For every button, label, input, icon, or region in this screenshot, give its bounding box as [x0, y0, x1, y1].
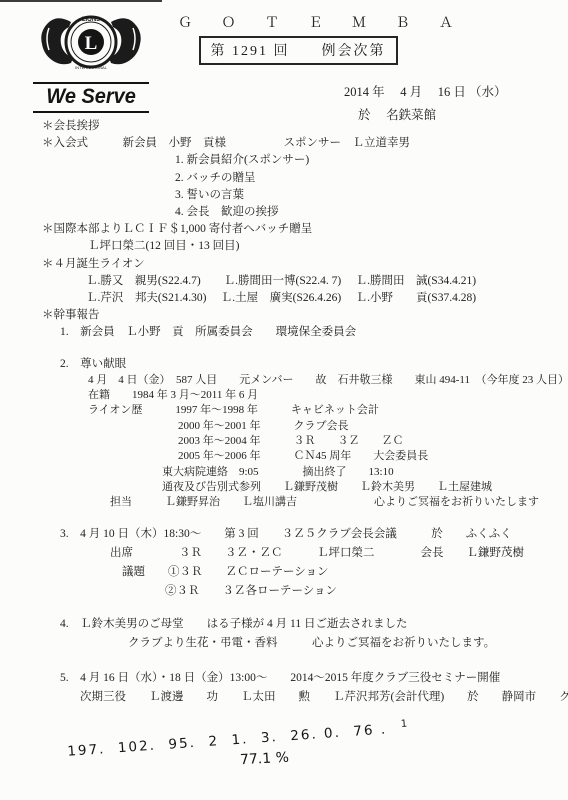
scanned-agenda-page: LIONS INTERNATIONAL L We Serve Ｇ Ｏ Ｔ Ｅ Ｍ…	[0, 0, 568, 800]
agenda-line: 5. 4 月 16 日（水）・18 日（金）13:00～ 2014～2015 年…	[0, 669, 568, 688]
agenda-line: 2005 年～2006 年 ＣＮ45 周年 大会委員長	[0, 449, 568, 464]
agenda-line: ＊４月誕生ライオン	[0, 256, 568, 273]
agenda-line: 東大病院連絡 9:05 摘出終了 13:10	[0, 465, 568, 480]
handwritten-numbers: 197. 102. 95. 2 1. 3. 26. 0. 76 .1	[41, 703, 410, 778]
agenda-line: 2. バッチの贈呈	[0, 170, 568, 187]
handwritten-number-sequence: 197. 102. 95. 2 1. 3. 26. 0. 76 .	[67, 721, 388, 759]
agenda-line: Ｌ.芹沢 邦夫(S21.4.30) Ｌ.土屋 廣実(S26.4.26) Ｌ.小野…	[0, 290, 568, 307]
logo-bottom-text: INTERNATIONAL	[75, 65, 107, 70]
motto-text: We Serve	[46, 85, 135, 109]
lions-emblem-icon: LIONS INTERNATIONAL L	[35, 8, 147, 80]
meeting-date: 2014 年 4 月 16 日 （水）	[344, 82, 507, 100]
lions-club-logo: LIONS INTERNATIONAL L We Serve	[33, 8, 149, 113]
agenda-line: 2000 年～2001 年 クラブ会長	[0, 419, 568, 434]
handwritten-superscript: 1	[386, 719, 407, 731]
agenda-line: 在籍 1984 年 3 月～2011 年 6 月	[0, 388, 568, 403]
logo-center-letter: L	[85, 33, 98, 54]
agenda-line: クラブより生花・弔電・香料 心よりご冥福をお祈りいたします。	[0, 634, 568, 653]
scan-artifact-line	[0, 0, 162, 2]
agenda-line: 1. 新会員紹介(スポンサー)	[0, 152, 568, 169]
agenda-line: ＊会長挨拶	[0, 118, 568, 135]
agenda-line: Ｌ坪口榮二(12 回目・13 回目)	[0, 238, 568, 255]
club-name: Ｇ Ｏ Ｔ Ｅ Ｍ Ｂ Ａ	[168, 12, 428, 32]
agenda-line: 1. 新会員 Ｌ小野 貢 所属委員会 環境保全委員会	[0, 324, 568, 341]
date-venue-block: 2014 年 4 月 16 日 （水） 於 名鉄菜館	[344, 82, 507, 123]
agenda-line: 3. 4 月 10 日（木）18:30～ 第 3 回 ３Ｚ５クラブ会長会議 於 …	[0, 525, 568, 544]
agenda-line: 4. Ｌ鈴木美男のご母堂 はる子様が 4 月 11 日ご逝去されました	[0, 615, 568, 634]
agenda-line: ＊入会式 新会員 小野 貢様 スポンサー Ｌ立道幸男	[0, 135, 568, 152]
agenda-line: ＊国際本部よりＬＣＩＦ＄1,000 寄付者へバッチ贈呈	[0, 221, 568, 238]
agenda-line: ライオン歴 1997 年～1998 年 キャビネット会計	[0, 403, 568, 418]
agenda-line: Ｌ.勝又 親男(S22.4.7) Ｌ.勝間田一博(S22.4. 7) Ｌ.勝間田…	[0, 273, 568, 290]
agenda-line: 4. 会長 歓迎の挨拶	[0, 204, 568, 221]
handwritten-percentage: 77.1 %	[240, 750, 290, 769]
agenda-line: ＊幹事報告	[0, 307, 568, 324]
agenda-body: ＊会長挨拶 ＊入会式 新会員 小野 貢様 スポンサー Ｌ立道幸男 1. 新会員紹…	[0, 118, 568, 707]
page-title: 第 1291 回 例会次第	[199, 36, 398, 65]
agenda-line: ②３Ｒ ３Ｚ各ローテーション	[0, 582, 568, 601]
agenda-line: 通夜及び告別式参列 Ｌ鎌野茂樹 Ｌ鈴木美男 Ｌ土屋建城	[0, 480, 568, 495]
agenda-line: 担当 Ｌ鎌野昇治 Ｌ塩川講吉 心よりご冥福をお祈りいたします	[0, 495, 568, 510]
agenda-line: 次期三役 Ｌ渡邊 功 Ｌ太田 勲 Ｌ芹沢邦芳(会計代理) 於 静岡市 グランシッ…	[0, 688, 568, 707]
document-header: Ｇ Ｏ Ｔ Ｅ Ｍ Ｂ Ａ 第 1291 回 例会次第	[168, 12, 428, 65]
agenda-line: 出席 ３Ｒ ３Ｚ・ＺＣ Ｌ坪口榮二 会長 Ｌ鎌野茂樹	[0, 544, 568, 563]
agenda-line: 2003 年～2004 年 ３Ｒ ３Ｚ ＺＣ	[0, 434, 568, 449]
agenda-line: 議題 ①３Ｒ ＺＣローテーション	[0, 563, 568, 582]
agenda-line: 2. 尊い献眼	[0, 356, 568, 373]
agenda-line: 3. 誓いの言葉	[0, 187, 568, 204]
agenda-line: 4 月 4 日（金） 587 人目 元メンバー 故 石井敬三様 東山 494-1…	[0, 373, 568, 388]
logo-top-text: LIONS	[82, 17, 100, 23]
motto-ruled-box: We Serve	[33, 82, 149, 113]
